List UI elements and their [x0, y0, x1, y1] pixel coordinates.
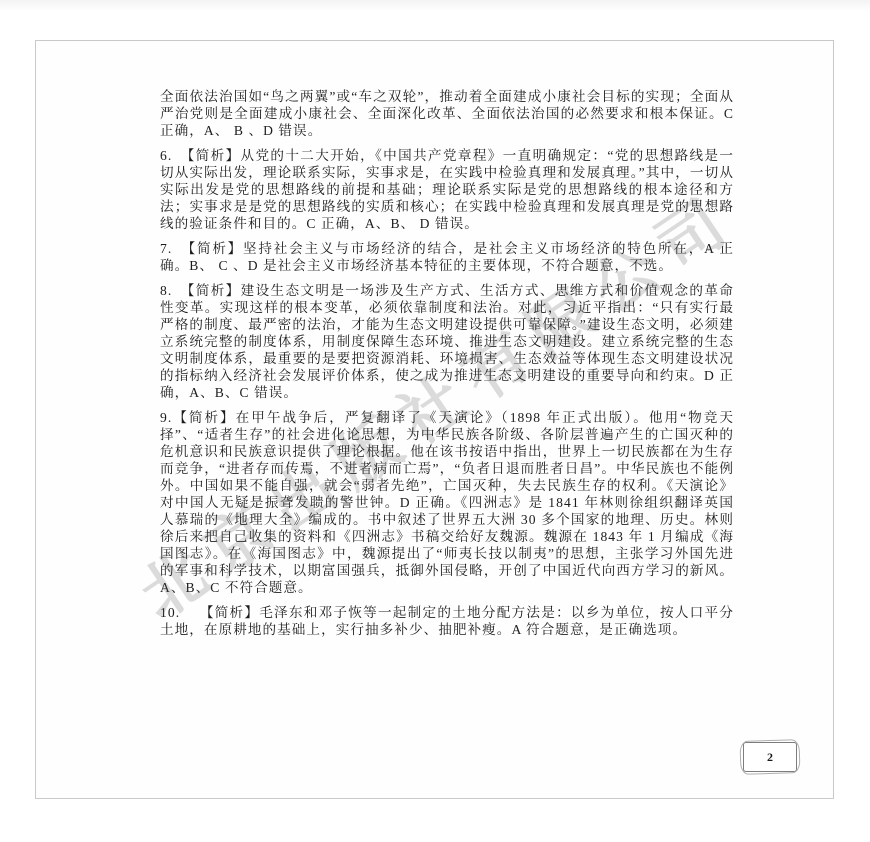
- page-number-box: 2: [743, 742, 797, 772]
- paragraph-item-6: 6. 【简析】从党的十二大开始，《中国共产党章程》一直明确规定：“党的思想路线是…: [160, 147, 734, 232]
- paragraph-item-9: 9.【简析】在甲午战争后，严复翻译了《天演论》（1898 年正式出版）。他用“物…: [160, 409, 734, 596]
- paragraph-item-10: 10. 【简析】毛泽东和邓子恢等一起制定的土地分配方法是：以乡为单位，按人口平分…: [160, 604, 734, 638]
- paragraph-item-7: 7. 【简析】坚持社会主义与市场经济的结合，是社会主义市场经济的特色所在，A 正…: [160, 240, 734, 274]
- document-body: 全面依法治国如“鸟之两翼”或“车之双轮”，推动着全面建成小康社会目标的实现；全面…: [160, 88, 734, 646]
- document-page: 全面依法治国如“鸟之两翼”或“车之双轮”，推动着全面建成小康社会目标的实现；全面…: [0, 0, 870, 842]
- paragraph-continuation-item-5: 全面依法治国如“鸟之两翼”或“车之双轮”，推动着全面建成小康社会目标的实现；全面…: [160, 88, 734, 139]
- scan-artifact-strip: [0, 0, 870, 12]
- paragraph-item-8: 8. 【简析】建设生态文明是一场涉及生产方式、生活方式、思维方式和价值观念的革命…: [160, 282, 734, 401]
- page-number: 2: [767, 750, 773, 765]
